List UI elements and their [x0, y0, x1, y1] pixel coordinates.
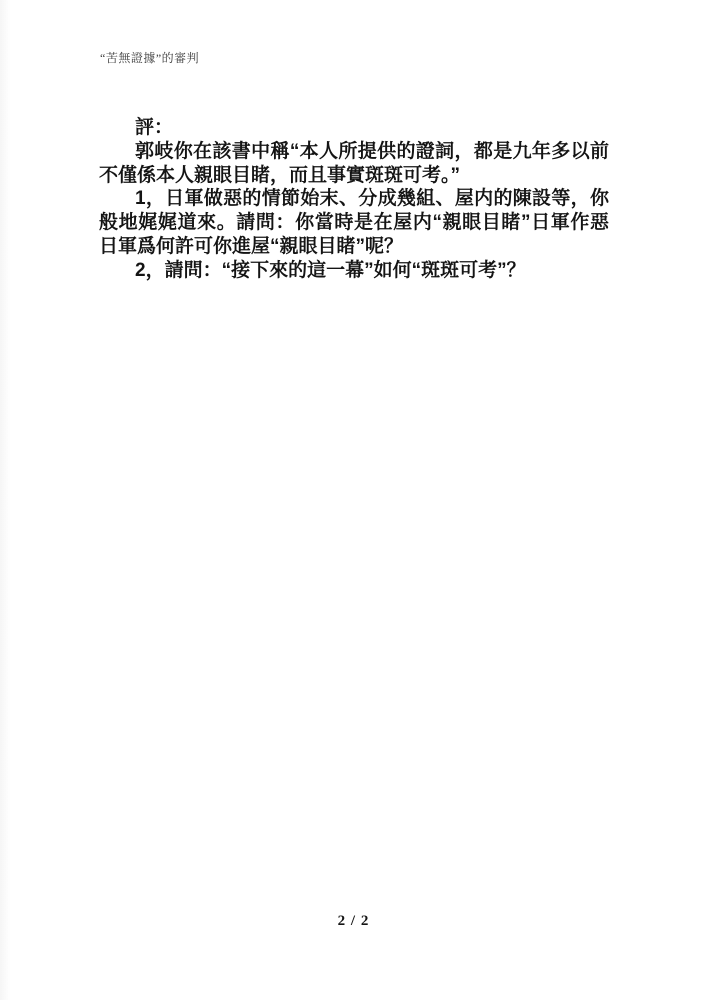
text-line: 評：: [99, 116, 609, 140]
text-line: 1，日軍做惡的情節始末、分成幾組、屋内的陳設等，你如數家珍: [99, 187, 609, 211]
page-edge-shade: [0, 0, 10, 1000]
text-segment: 般地娓娓道來。請問：你當時是在屋内“親眼目睹”日軍作惡的嗎？: [99, 212, 609, 235]
text-segment: 1，日軍做惡的情節始末、分成幾組、屋内的陳設等，你如數家珍: [99, 188, 609, 211]
document-page: “苦無證據”的審判 評：郭岐你在該書中稱“本人所提供的證詞，都是九年多以前的往事…: [0, 0, 707, 1000]
text-line: 不僅係本人親眼目睹，而且事實斑斑可考。”: [99, 164, 609, 188]
page-number: 2 / 2: [0, 913, 707, 930]
text-segment: 而且事實斑斑可考。”: [289, 165, 460, 186]
text-segment: 評：: [135, 117, 173, 138]
text-line: 郭岐你在該書中稱“本人所提供的證詞，都是九年多以前的往事，: [99, 140, 609, 164]
text-segment: 日軍爲何許可你進屋“親眼目睹”呢？: [99, 236, 403, 257]
text-line: 2，請問：“接下來的這一幕”如何“斑斑可考”？: [99, 259, 609, 283]
text-segment: 郭岐你在該書中稱“本人所提供的證詞，都是九年多以前的往事，: [99, 141, 609, 164]
body-text-block: 評：郭岐你在該書中稱“本人所提供的證詞，都是九年多以前的往事，不僅係本人親眼目睹…: [99, 116, 609, 283]
text-line: 般地娓娓道來。請問：你當時是在屋内“親眼目睹”日軍作惡的嗎？: [99, 211, 609, 235]
text-line: 日軍爲何許可你進屋“親眼目睹”呢？: [99, 235, 609, 259]
running-head-title: “苦無證據”的審判: [100, 51, 199, 66]
text-segment: 2，請問：“接下來的這一幕”如何“斑斑可考”？: [135, 260, 526, 281]
spellcheck-squiggle-text: 親眼目睹，: [194, 165, 289, 186]
text-segment: 不僅係本人: [99, 165, 194, 186]
